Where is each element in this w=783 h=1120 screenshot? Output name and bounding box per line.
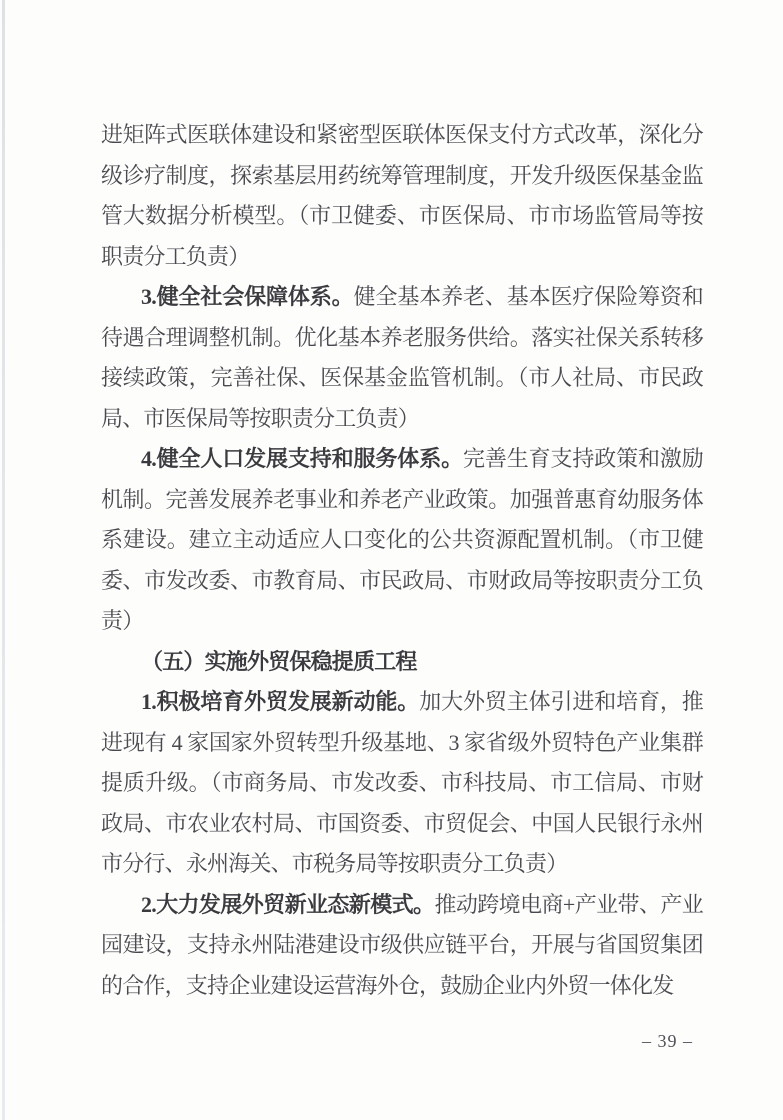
paragraph-lead: 4.健全人口发展支持和服务体系。 <box>141 446 463 471</box>
document-body: 进矩阵式医联体建设和紧密型医联体医保支付方式改革，深化分级诊疗制度，探索基层用药… <box>101 115 703 1006</box>
document-page: 进矩阵式医联体建设和紧密型医联体医保支付方式改革，深化分级诊疗制度，探索基层用药… <box>0 0 783 1120</box>
paragraph-medical-alliance-continuation: 进矩阵式医联体建设和紧密型医联体医保支付方式改革，深化分级诊疗制度，探索基层用药… <box>101 115 703 277</box>
paragraph-item-4-population-development: 4.健全人口发展支持和服务体系。完善生育支持政策和激励机制。完善发展养老事业和养… <box>101 439 703 642</box>
paragraph-item-1-foreign-trade-momentum: 1.积极培育外贸发展新动能。加大外贸主体引进和培育，推进现有 4 家国家外贸转型… <box>101 682 703 885</box>
paragraph-text: 完善生育支持政策和激励机制。完善发展养老事业和养老产业政策。加强普惠育幼服务体系… <box>101 446 703 633</box>
section-heading-5-foreign-trade: （五）实施外贸保稳提质工程 <box>101 642 703 683</box>
paragraph-item-3-social-security: 3.健全社会保障体系。健全基本养老、基本医疗保险筹资和待遇合理调整机制。优化基本… <box>101 277 703 439</box>
scan-edge-shadow <box>2 0 5 1120</box>
page-number: – 39 – <box>642 1031 693 1052</box>
paragraph-lead: 3.健全社会保障体系。 <box>141 284 354 309</box>
paragraph-lead: 1.积极培育外贸发展新动能。 <box>141 689 419 714</box>
paragraph-lead: 2.大力发展外贸新业态新模式。 <box>141 892 434 917</box>
paragraph-text: 进矩阵式医联体建设和紧密型医联体医保支付方式改革，深化分级诊疗制度，探索基层用药… <box>101 122 703 269</box>
paragraph-text: 加大外贸主体引进和培育，推进现有 4 家国家外贸转型升级基地、3 家省级外贸特色… <box>101 689 703 876</box>
heading-text: （五）实施外贸保稳提质工程 <box>141 649 417 674</box>
paragraph-item-2-new-trade-models: 2.大力发展外贸新业态新模式。推动跨境电商+产业带、产业园建设，支持永州陆港建设… <box>101 885 703 1007</box>
